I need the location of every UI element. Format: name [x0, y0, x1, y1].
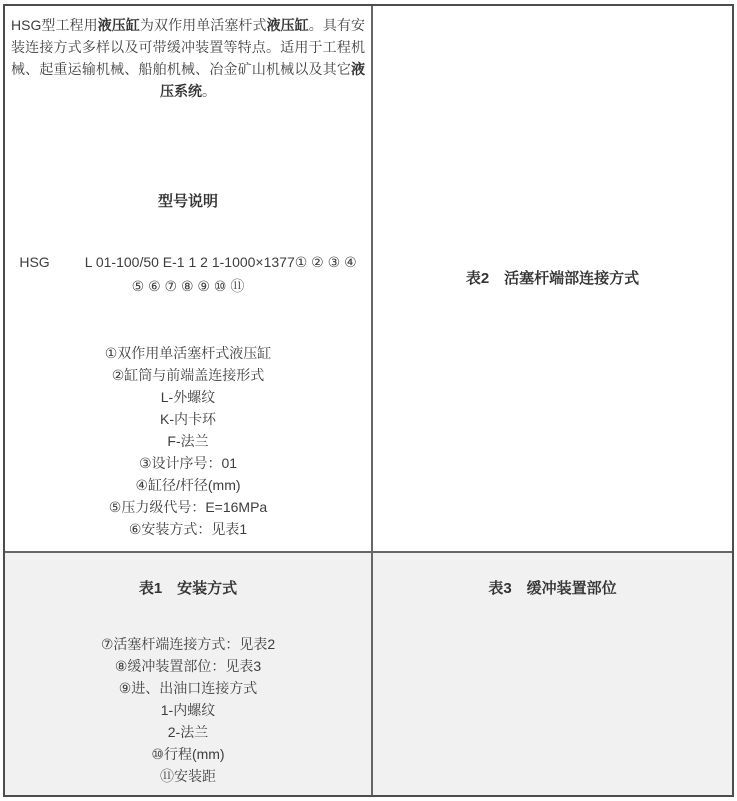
- cell-intro-and-model: HSG型工程用液压缸为双作用单活塞杆式液压缸。具有安装连接方式多样以及可带缓冲装…: [5, 6, 373, 553]
- text-segment: 液压缸: [98, 17, 140, 33]
- list-line: L-外螺纹: [5, 386, 371, 408]
- page-root: { "page": { "background": "#ffffff", "bo…: [0, 0, 737, 801]
- text-segment: 。: [202, 83, 216, 99]
- list-line: ②缸筒与前端盖连接形式: [5, 364, 371, 386]
- list-line: ⑦活塞杆端连接方式：见表2: [5, 633, 371, 655]
- list-line: 2-法兰: [5, 721, 371, 743]
- list-line: ⑨进、出油口连接方式: [5, 677, 371, 699]
- cell-table2: 表2 活塞杆端部连接方式: [373, 6, 732, 553]
- cell-table1: 表1 安装方式 ⑦活塞杆端连接方式：见表2⑧缓冲装置部位：见表3⑨进、出油口连接…: [5, 553, 373, 795]
- table3-heading: 表3 缓冲装置部位: [373, 579, 732, 599]
- model-legend-list: ①双作用单活塞杆式液压缸②缸筒与前端盖连接形式L-外螺纹K-内卡环F-法兰③设计…: [5, 342, 371, 540]
- text-segment: HSG型工程用: [11, 17, 98, 33]
- list-line: F-法兰: [5, 430, 371, 452]
- document-table-frame: HSG型工程用液压缸为双作用单活塞杆式液压缸。具有安装连接方式多样以及可带缓冲装…: [3, 4, 734, 797]
- list-line: ③设计序号：01: [5, 452, 371, 474]
- intro-paragraph: HSG型工程用液压缸为双作用单活塞杆式液压缸。具有安装连接方式多样以及可带缓冲装…: [11, 14, 365, 102]
- model-section-heading: 型号说明: [5, 192, 371, 212]
- text-segment: 液压缸: [267, 17, 309, 33]
- list-line: ⑪安装距: [5, 765, 371, 787]
- text-segment: 为双作用单活塞杆式: [140, 17, 267, 33]
- list-line: ①双作用单活塞杆式液压缸: [5, 342, 371, 364]
- list-line: ④缸径/杆径(mm): [5, 474, 371, 496]
- list-line: 1-内螺纹: [5, 699, 371, 721]
- list-line: ⑥安装方式：见表1: [5, 518, 371, 540]
- list-line: ⑧缓冲装置部位：见表3: [5, 655, 371, 677]
- table1-heading: 表1 安装方式: [5, 579, 371, 599]
- list-line: ⑤压力级代号：E=16MPa: [5, 496, 371, 518]
- table2-heading: 表2 活塞杆端部连接方式: [466, 269, 639, 289]
- list-line: ⑩行程(mm): [5, 743, 371, 765]
- model-number-line: HSG L 01-100/50 E-1 1 2 1-1000×1377① ② ③…: [5, 250, 371, 298]
- table1-legend-list: ⑦活塞杆端连接方式：见表2⑧缓冲装置部位：见表3⑨进、出油口连接方式1-内螺纹2…: [5, 633, 371, 787]
- list-line: K-内卡环: [5, 408, 371, 430]
- cell-table3: 表3 缓冲装置部位: [373, 553, 732, 795]
